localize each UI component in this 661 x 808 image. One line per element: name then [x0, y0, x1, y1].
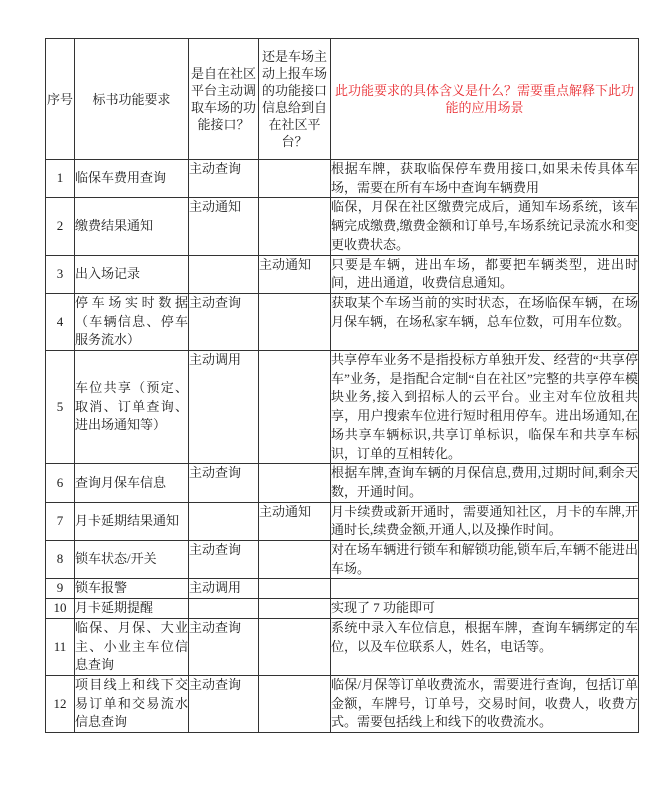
- platform-pull-cell: 主动查询: [189, 541, 259, 579]
- lot-push-cell: [259, 464, 331, 502]
- requirement-cell: 锁车状态/开关: [75, 541, 189, 579]
- table-row: 9 锁车报警 主动调用: [46, 579, 639, 599]
- platform-pull-cell: 主动调用: [189, 579, 259, 599]
- meaning-cell: 临保/月保等订单收费流水，需要进行查询，包括订单金额，车牌号，订单号，交易时间，…: [331, 675, 639, 732]
- requirement-cell: 出入场记录: [75, 255, 189, 293]
- platform-pull-cell: 主动查询: [189, 160, 259, 198]
- requirement-cell: 项目线上和线下交易订单和交易流水信息查询: [75, 675, 189, 732]
- row-number: 1: [46, 160, 75, 198]
- requirement-cell: 临保车费用查询: [75, 160, 189, 198]
- meaning-cell: 根据车牌,查询车辆的月保信息,费用,过期时间,剩余天数，开通时间。: [331, 464, 639, 502]
- lot-push-cell: [259, 293, 331, 350]
- platform-pull-cell: 主动查询: [189, 618, 259, 675]
- header-meaning-cell: 此功能要求的具体含义是什么？需要重点解释下此功能的应用场景: [331, 39, 639, 160]
- row-number: 9: [46, 579, 75, 599]
- requirement-cell: 临保、月保、大业主、小业主车位信息查询: [75, 618, 189, 675]
- row-number: 2: [46, 198, 75, 255]
- lot-push-cell: [259, 351, 331, 464]
- lot-push-cell: [259, 618, 331, 675]
- requirement-cell: 月卡延期提醒: [75, 599, 189, 619]
- table-row: 12 项目线上和线下交易订单和交易流水信息查询 主动查询 临保/月保等订单收费流…: [46, 675, 639, 732]
- requirement-cell: 车位共享（预定、取消、订单查询、进出场通知等）: [75, 351, 189, 464]
- row-number: 12: [46, 675, 75, 732]
- row-number: 11: [46, 618, 75, 675]
- meaning-cell: 月卡续费或新开通时，需要通知社区，月卡的车牌,开通时长,续费金额,开通人,以及操…: [331, 502, 639, 540]
- requirement-cell: 查询月保车信息: [75, 464, 189, 502]
- header-lot-push-cell: 还是车场主动上报车场的功能接口信息给到自在社区平台？: [259, 39, 331, 160]
- meaning-cell: 系统中录入车位信息，根据车牌，查询车辆绑定的车位，以及车位联系人，姓名，电话等。: [331, 618, 639, 675]
- row-number: 7: [46, 502, 75, 540]
- header-num-cell: 序号: [46, 39, 75, 160]
- table-row: 3 出入场记录 主动通知 只要是车辆，进出车场，都要把车辆类型，进出时间，进出通…: [46, 255, 639, 293]
- meaning-cell: 实现了 7 功能即可: [331, 599, 639, 619]
- table-header-row: 序号 标书功能要求 是自在社区平台主动调取车场的功能接口？ 还是车场主动上报车场…: [46, 39, 639, 160]
- requirement-cell: 缴费结果通知: [75, 198, 189, 255]
- lot-push-cell: [259, 579, 331, 599]
- row-number: 8: [46, 541, 75, 579]
- requirement-cell: 停车场实时数据（车辆信息、停车服务流水）: [75, 293, 189, 350]
- table-row: 5 车位共享（预定、取消、订单查询、进出场通知等） 主动调用 共享停车业务不是指…: [46, 351, 639, 464]
- platform-pull-cell: [189, 599, 259, 619]
- platform-pull-cell: 主动查询: [189, 293, 259, 350]
- row-number: 5: [46, 351, 75, 464]
- lot-push-cell: [259, 599, 331, 619]
- meaning-cell: [331, 579, 639, 599]
- platform-pull-cell: 主动通知: [189, 198, 259, 255]
- platform-pull-cell: 主动查询: [189, 464, 259, 502]
- table-row: 11 临保、月保、大业主、小业主车位信息查询 主动查询 系统中录入车位信息，根据…: [46, 618, 639, 675]
- platform-pull-cell: [189, 502, 259, 540]
- meaning-cell: 临保，月保在社区缴费完成后，通知车场系统，该车辆完成缴费,缴费金额和订单号,车场…: [331, 198, 639, 255]
- table-row: 2 缴费结果通知 主动通知 临保，月保在社区缴费完成后，通知车场系统，该车辆完成…: [46, 198, 639, 255]
- meaning-cell: 根据车牌，获取临保停车费用接口,如果未传具体车场，需要在所有车场中查询车辆费用: [331, 160, 639, 198]
- lot-push-cell: [259, 198, 331, 255]
- table-row: 7 月卡延期结果通知 主动通知 月卡续费或新开通时，需要通知社区，月卡的车牌,开…: [46, 502, 639, 540]
- platform-pull-cell: 主动查询: [189, 675, 259, 732]
- platform-pull-cell: [189, 255, 259, 293]
- meaning-cell: 获取某个车场当前的实时状态，在场临保车辆，在场月保车辆，在场私家车辆，总车位数，…: [331, 293, 639, 350]
- meaning-cell: 对在场车辆进行锁车和解锁功能,锁车后,车辆不能进出车场。: [331, 541, 639, 579]
- requirement-cell: 锁车报警: [75, 579, 189, 599]
- platform-pull-cell: 主动调用: [189, 351, 259, 464]
- header-platform-pull-cell: 是自在社区平台主动调取车场的功能接口？: [189, 39, 259, 160]
- row-number: 4: [46, 293, 75, 350]
- lot-push-cell: [259, 541, 331, 579]
- row-number: 10: [46, 599, 75, 619]
- row-number: 6: [46, 464, 75, 502]
- meaning-cell: 只要是车辆，进出车场，都要把车辆类型，进出时间，进出通道，收费信息通知。: [331, 255, 639, 293]
- lot-push-cell: 主动通知: [259, 255, 331, 293]
- meaning-cell: 共享停车业务不是指投标方单独开发、经营的“共享停车”业务，是指配合定制“自在社区…: [331, 351, 639, 464]
- document-page: 序号 标书功能要求 是自在社区平台主动调取车场的功能接口？ 还是车场主动上报车场…: [0, 0, 661, 808]
- requirements-table: 序号 标书功能要求 是自在社区平台主动调取车场的功能接口？ 还是车场主动上报车场…: [45, 38, 639, 733]
- table-row: 4 停车场实时数据（车辆信息、停车服务流水） 主动查询 获取某个车场当前的实时状…: [46, 293, 639, 350]
- table-row: 8 锁车状态/开关 主动查询 对在场车辆进行锁车和解锁功能,锁车后,车辆不能进出…: [46, 541, 639, 579]
- lot-push-cell: 主动通知: [259, 502, 331, 540]
- lot-push-cell: [259, 675, 331, 732]
- row-number: 3: [46, 255, 75, 293]
- lot-push-cell: [259, 160, 331, 198]
- table-row: 6 查询月保车信息 主动查询 根据车牌,查询车辆的月保信息,费用,过期时间,剩余…: [46, 464, 639, 502]
- table-row: 1 临保车费用查询 主动查询 根据车牌，获取临保停车费用接口,如果未传具体车场，…: [46, 160, 639, 198]
- table-row: 10 月卡延期提醒 实现了 7 功能即可: [46, 599, 639, 619]
- requirement-cell: 月卡延期结果通知: [75, 502, 189, 540]
- header-requirement-cell: 标书功能要求: [75, 39, 189, 160]
